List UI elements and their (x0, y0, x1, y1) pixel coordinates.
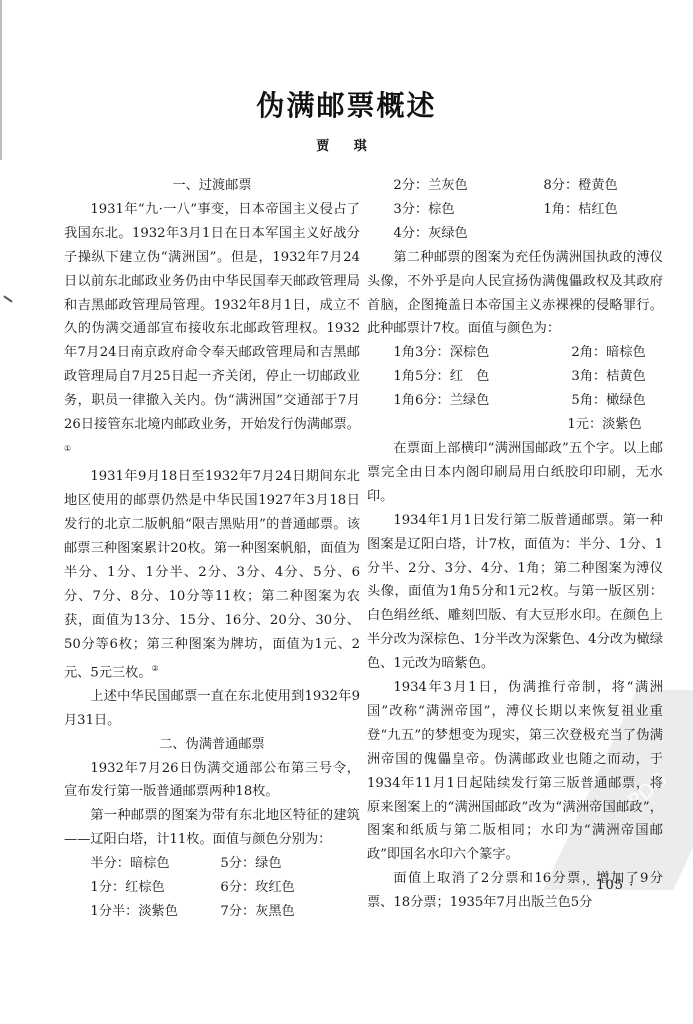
color-list-row: 4分：灰绿色 (367, 222, 663, 246)
page-number: · 105 · (586, 878, 634, 893)
paragraph: 在票面上部横印“满洲国邮政”五个字。以上邮票完全由日本内阁印刷局用白纸胶印印刷，… (367, 437, 663, 509)
paragraph: 第二种邮票的图案为充任伪满洲国执政的溥仪头像，不外乎是向人民宣扬伪满傀儡政权及其… (367, 246, 663, 342)
color-list-row: 1分：红棕色 6分：玫红色 (64, 876, 360, 900)
left-column: 一、过渡邮票 1931年“九·一八”事变，日本帝国主义侵占了我国东北。1932年… (64, 174, 360, 924)
section-heading-ordinary-stamps: 二、伪满普通邮票 (64, 733, 360, 757)
color-list-row: 2分：兰灰色 8分：橙黄色 (367, 174, 663, 198)
article-author: 贾 琪 (0, 135, 693, 154)
paragraph: 1932年7月26日伪满交通部公布第三号令，宣布发行第一版普通邮票两种18枚。 (64, 757, 360, 805)
paragraph: 1934年1月1日发行第二版普通邮票。第一种图案是辽阳白塔，计7枚，面值为：半分… (367, 509, 663, 676)
scan-edge-mark (3, 295, 12, 302)
paragraph: 1934年3月1日，伪满推行帝制，将“满洲国”改称“满洲帝国”，溥仪长期以来恢复… (367, 676, 663, 867)
paragraph: 第一种邮票的图案为带有东北地区特征的建筑——辽阳白塔，计11枚。面值与颜色分别为… (64, 804, 360, 852)
section-heading-transition-stamps: 一、过渡邮票 (64, 174, 360, 198)
paragraph: 1931年“九·一八”事变，日本帝国主义侵占了我国东北。1932年3月1日在日本… (64, 198, 360, 465)
color-list-row: 1元：淡紫色 (367, 413, 663, 437)
color-list-row: 半分：暗棕色 5分：绿色 (64, 852, 360, 876)
color-list-row: 1角3分：深棕色 2角：暗棕色 (367, 341, 663, 365)
footnote-marker: ① (64, 444, 71, 453)
color-list-row: 1角6分：兰绿色 5角：橄绿色 (367, 389, 663, 413)
right-column: 2分：兰灰色 8分：橙黄色 3分：棕色 1角：桔红色 4分：灰绿色 第二种邮票的… (367, 174, 663, 915)
article-title: 伪满邮票概述 (0, 84, 693, 124)
color-list-row: 1分半：淡紫色 7分：灰黑色 (64, 900, 360, 924)
color-list-row: 3分：棕色 1角：桔红色 (367, 198, 663, 222)
paragraph: 上述中华民国邮票一直在东北使用到1932年9月31日。 (64, 685, 360, 733)
color-list-row: 1角5分：红 色 3角：桔黄色 (367, 365, 663, 389)
footnote-marker: ② (152, 664, 159, 673)
paragraph: 1931年9月18日至1932年7月24日期间东北地区使用的邮票仍然是中华民国1… (64, 465, 360, 685)
